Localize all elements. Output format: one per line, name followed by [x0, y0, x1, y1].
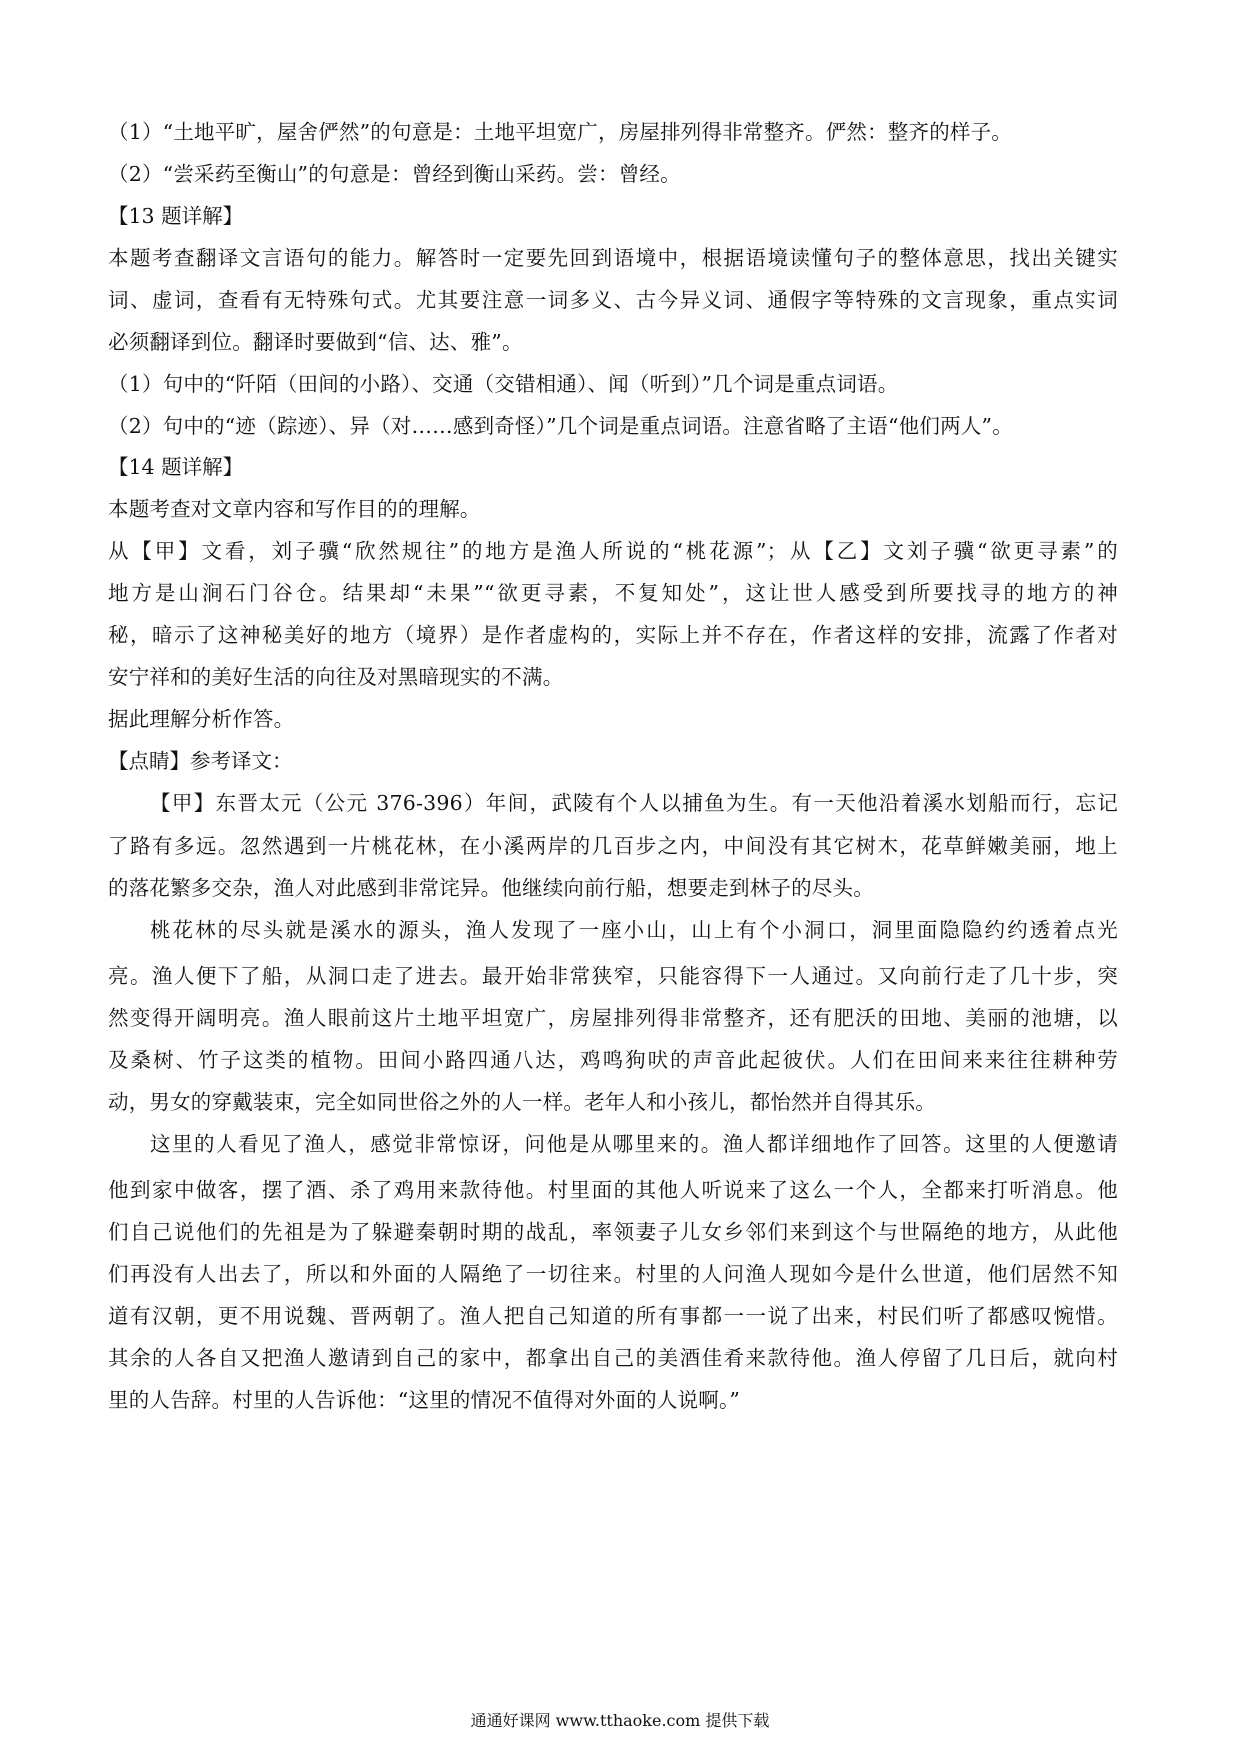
- text-line: 们再没有人出去了，所以和外面的人隔绝了一切往来。村里的人问渔人现如今是什么世道，…: [108, 1261, 1118, 1287]
- text-line: 本题考查对文章内容和写作目的的理解。: [108, 496, 1118, 522]
- text-line: 的落花繁多交杂，渔人对此感到非常诧异。他继续向前行船，想要走到林子的尽头。: [108, 875, 1118, 901]
- text-line: 及桑树、竹子这类的植物。田间小路四通八达，鸡鸣狗吠的声音此起彼伏。人们在田间来来…: [108, 1047, 1118, 1073]
- page-footer: 通通好课网 www.tthaoke.com 提供下载: [0, 1710, 1240, 1732]
- section-heading: 【14 题详解】: [108, 454, 1118, 480]
- text-line: 这里的人看见了渔人，感觉非常惊讶，问他是从哪里来的。渔人都详细地作了回答。这里的…: [150, 1131, 1118, 1157]
- text-line: 【甲】东晋太元（公元 376-396）年间，武陵有个人以捕鱼为生。有一天他沿着溪…: [150, 790, 1118, 816]
- text-line: 地方是山涧石门谷仓。结果却“未果”“欲更寻素，不复知处”，这让世人感受到所要找寻…: [108, 580, 1118, 606]
- text-line: 必须翻译到位。翻译时要做到“信、达、雅”。: [108, 329, 1118, 355]
- text-line: 们自己说他们的先祖是为了躲避秦朝时期的战乱，率领妻子儿女乡邻们来到这个与世隔绝的…: [108, 1219, 1118, 1245]
- section-heading: 【13 题详解】: [108, 203, 1118, 229]
- document-page: （1）“土地平旷，屋舍俨然”的句意是：土地平坦宽广，房屋排列得非常整齐。俨然：整…: [0, 0, 1240, 1754]
- text-line: （2）“尝采药至衡山”的句意是：曾经到衡山采药。尝：曾经。: [108, 161, 1118, 187]
- text-line: 动，男女的穿戴装束，完全如同世俗之外的人一样。老年人和小孩儿，都怡然并自得其乐。: [108, 1089, 1118, 1115]
- text-line: 道有汉朝，更不用说魏、晋两朝了。渔人把自己知道的所有事都一一说了出来，村民们听了…: [108, 1303, 1118, 1329]
- text-line: 然变得开阔明亮。渔人眼前这片土地平坦宽广，房屋排列得非常整齐，还有肥沃的田地、美…: [108, 1005, 1118, 1031]
- text-line: 本题考查翻译文言语句的能力。解答时一定要先回到语境中，根据语境读懂句子的整体意思…: [108, 245, 1118, 271]
- text-line: 他到家中做客，摆了酒、杀了鸡用来款待他。村里面的其他人听说来了这么一个人，全都来…: [108, 1177, 1118, 1203]
- text-line: 其余的人各自又把渔人邀请到自己的家中，都拿出自己的美酒佳肴来款待他。渔人停留了几…: [108, 1345, 1118, 1371]
- text-line: （1）句中的“阡陌（田间的小路）、交通（交错相通）、闻（听到）”几个词是重点词语…: [108, 371, 1118, 397]
- text-line: 安宁祥和的美好生活的向往及对黑暗现实的不满。: [108, 664, 1118, 690]
- text-line: 词、虚词，查看有无特殊句式。尤其要注意一词多义、古今异义词、通假字等特殊的文言现…: [108, 287, 1118, 313]
- text-line: 桃花林的尽头就是溪水的源头，渔人发现了一座小山，山上有个小洞口，洞里面隐隐约约透…: [150, 917, 1118, 943]
- text-line: （1）“土地平旷，屋舍俨然”的句意是：土地平坦宽广，房屋排列得非常整齐。俨然：整…: [108, 119, 1118, 145]
- text-line: 从【甲】文看，刘子骥“欣然规往”的地方是渔人所说的“桃花源”；从【乙】文刘子骥“…: [108, 538, 1118, 564]
- text-line: 秘，暗示了这神秘美好的地方（境界）是作者虚构的，实际上并不存在，作者这样的安排，…: [108, 622, 1118, 648]
- text-line: 了路有多远。忽然遇到一片桃花林，在小溪两岸的几百步之内，中间没有其它树木，花草鲜…: [108, 833, 1118, 859]
- text-line: 里的人告辞。村里的人告诉他：“这里的情况不值得对外面的人说啊。”: [108, 1387, 1118, 1413]
- section-heading: 【点睛】参考译文：: [108, 748, 1118, 774]
- text-line: （2）句中的“迹（踪迹）、异（对……感到奇怪）”几个词是重点词语。注意省略了主语…: [108, 413, 1118, 439]
- text-line: 亮。渔人便下了船，从洞口走了进去。最开始非常狭窄，只能容得下一人通过。又向前行走…: [108, 963, 1118, 989]
- text-line: 据此理解分析作答。: [108, 706, 1118, 732]
